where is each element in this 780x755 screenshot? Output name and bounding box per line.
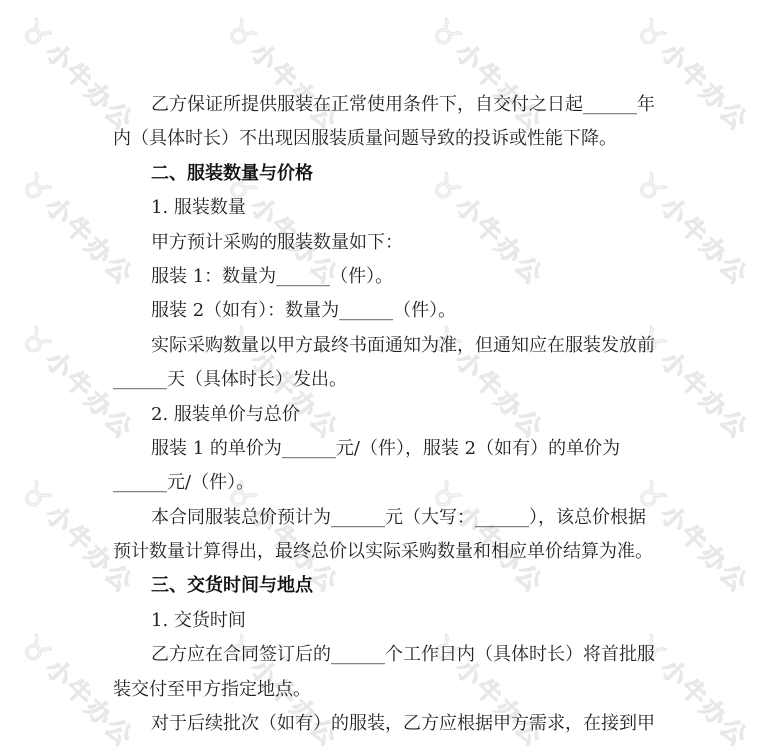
- document-line: 乙方保证所提供服装在正常使用条件下，自交付之日起______年: [113, 88, 713, 122]
- document-line: 预计数量计算得出，最终总价以实际采购数量和相应单价结算为准。: [113, 535, 713, 569]
- document-line: 本合同服装总价预计为______元（大写：______），该总价根据: [113, 501, 713, 535]
- document-page: ♉小牛办公♉小牛办公♉小牛办公♉小牛办公♉小牛办公♉小牛办公♉小牛办公♉小牛办公…: [0, 0, 780, 755]
- document-line: 服装 2（如有）：数量为______（件）。: [113, 294, 713, 328]
- brand-bull-logo-icon: ♉: [12, 12, 59, 59]
- document-line: ______元/（件）。: [113, 466, 713, 500]
- section-heading: 二、服装数量与价格: [113, 157, 713, 191]
- document-line: ______天（具体时长）发出。: [113, 363, 713, 397]
- brand-bull-logo-icon: ♉: [12, 320, 59, 367]
- section-heading: 三、交货时间与地点: [113, 569, 713, 603]
- brand-bull-logo-icon: ♉: [422, 12, 469, 59]
- brand-bull-logo-icon: ♉: [627, 12, 674, 59]
- document-line: 内（具体时长）不出现因服装质量问题导致的投诉或性能下降。: [113, 122, 713, 156]
- document-body: 乙方保证所提供服装在正常使用条件下，自交付之日起______年内（具体时长）不出…: [113, 88, 713, 741]
- document-line: 1. 交货时间: [113, 604, 713, 638]
- brand-bull-logo-icon: ♉: [12, 474, 59, 521]
- document-line: 甲方预计采购的服装数量如下：: [113, 226, 713, 260]
- document-line: 乙方应在合同签订后的______个工作日内（具体时长）将首批服: [113, 638, 713, 672]
- document-line: 对于后续批次（如有）的服装，乙方应根据甲方需求，在接到甲: [113, 707, 713, 741]
- brand-bull-logo-icon: ♉: [217, 12, 264, 59]
- document-line: 装交付至甲方指定地点。: [113, 673, 713, 707]
- document-line: 服装 1：数量为______（件）。: [113, 260, 713, 294]
- document-line: 1. 服装数量: [113, 191, 713, 225]
- brand-bull-logo-icon: ♉: [12, 628, 59, 675]
- document-line: 2. 服装单价与总价: [113, 398, 713, 432]
- brand-bull-logo-icon: ♉: [12, 166, 59, 213]
- document-line: 实际采购数量以甲方最终书面通知为准，但通知应在服装发放前: [113, 329, 713, 363]
- document-line: 服装 1 的单价为______元/（件），服装 2（如有）的单价为: [113, 432, 713, 466]
